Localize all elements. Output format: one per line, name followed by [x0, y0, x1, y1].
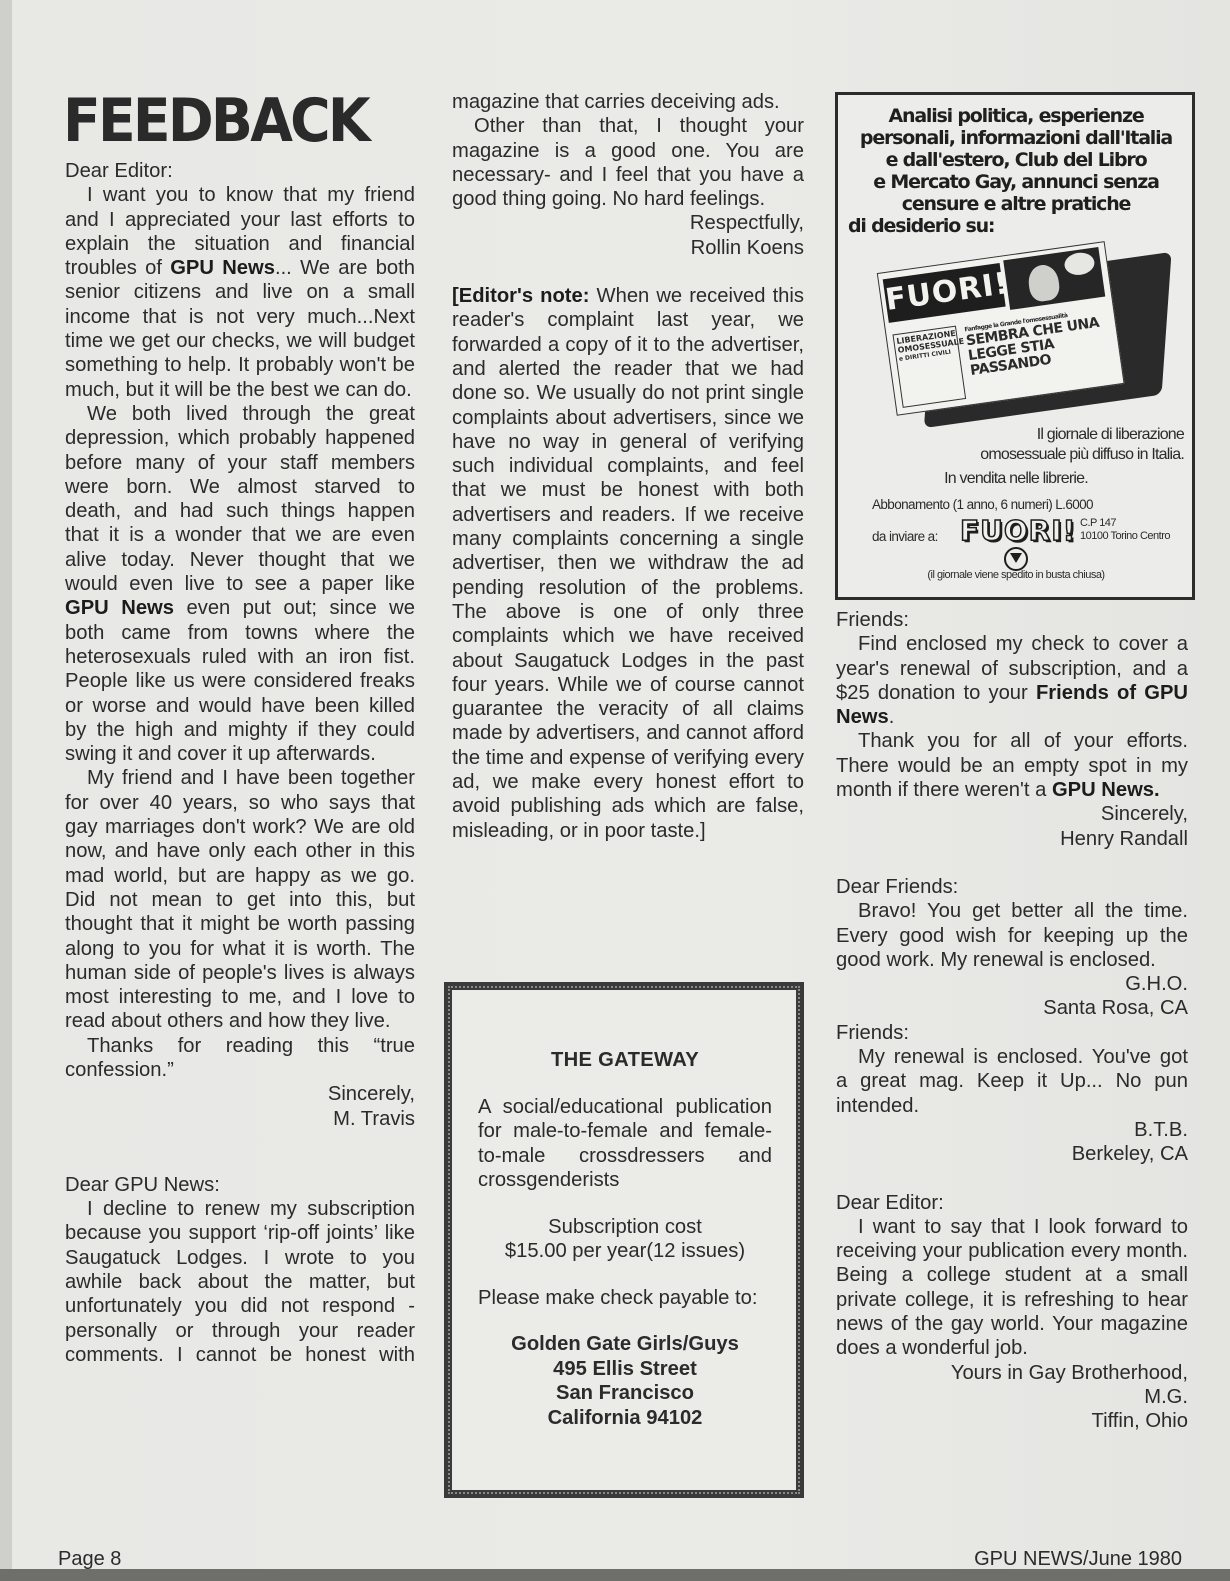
letter-salutation: Dear Editor:	[65, 159, 415, 183]
letter-salutation: Dear Editor:	[836, 1191, 1188, 1215]
fuori-send-to: da inviare a:	[872, 529, 938, 544]
letter-salutation: Dear Friends:	[836, 875, 1188, 899]
letter-paragraph: My friend and I have been together for o…	[65, 766, 415, 1033]
publication-date: GPU NEWS/June 1980	[974, 1548, 1182, 1571]
fuori-logo: FUORI!	[960, 515, 1076, 547]
newspaper-left-story: LIBERAZIONE OMOSESSUALE e DIRITTI CIVILI	[892, 326, 966, 408]
letter-randall: Friends: Find enclosed my check to cover…	[836, 608, 1188, 851]
letter-location: Tiffin, Ohio	[836, 1409, 1188, 1433]
magazine-page: FEEDBACK Dear Editor: I want you to know…	[0, 0, 1230, 1581]
letter-paragraph: Thanks for reading this “true confession…	[65, 1034, 415, 1083]
letter-mg: Dear Editor: I want to say that I look f…	[836, 1191, 1188, 1434]
letter-paragraph: I want to say that I look forward to rec…	[836, 1215, 1188, 1361]
letter-paragraph: Other than that, I thought your magazine…	[452, 114, 804, 211]
letter-closing: Respectfully,	[452, 211, 804, 235]
fuori-tagline: Il giornale di liberazione omosessuale p…	[848, 425, 1184, 465]
letter-salutation: Friends:	[836, 608, 1188, 632]
letter-salutation: Dear GPU News:	[65, 1173, 415, 1197]
column-left: FEEDBACK Dear Editor: I want you to know…	[65, 85, 415, 1367]
letter-paragraph: We both lived through the great depressi…	[65, 402, 415, 766]
letter-paragraph: Find enclosed my check to cover a year's…	[836, 632, 1188, 729]
letter-location: Berkeley, CA	[836, 1142, 1188, 1166]
fuori-headline: Analisi politica, esperienze personali, …	[848, 105, 1184, 237]
letter-signature: M.G.	[836, 1385, 1188, 1409]
newspaper-right-story: Fanfagge la Grande l'omosessualità SEMBR…	[964, 306, 1116, 379]
letter-location: Santa Rosa, CA	[836, 996, 1188, 1020]
letter-paragraph: My renewal is enclosed. You've got a gre…	[836, 1045, 1188, 1118]
column-middle: magazine that carries deceiving ads. Oth…	[452, 90, 804, 843]
fuori-ad-box: Analisi politica, esperienze personali, …	[835, 92, 1195, 600]
fuori-note: (il giornale viene spedito in busta chiu…	[848, 569, 1184, 581]
section-title: FEEDBACK	[63, 85, 387, 157]
letter-continued: magazine that carries deceiving ads.	[452, 90, 804, 114]
letter-paragraph: I want you to know that my friend and I …	[65, 183, 415, 402]
gateway-ad-box: THE GATEWAY A social/educational publica…	[444, 982, 804, 1498]
newspaper-masthead: FUORI!	[883, 263, 1006, 323]
letter-paragraph: I decline to renew my subscription becau…	[65, 1197, 415, 1367]
letter-signature: M. Travis	[65, 1107, 415, 1131]
letter-signature: Rollin Koens	[452, 236, 804, 260]
letter-koens: Dear GPU News: I decline to renew my sub…	[65, 1173, 415, 1367]
newspaper-illustration: FUORI! LIBERAZIONE OMOSESSUALE e DIRITTI…	[877, 238, 1145, 421]
gateway-address: Golden Gate Girls/Guys 495 Ellis Street …	[478, 1332, 772, 1430]
newspaper-photo	[1003, 247, 1105, 310]
letter-signature: B.T.B.	[836, 1118, 1188, 1142]
letter-btb: Friends: My renewal is enclosed. You've …	[836, 1021, 1188, 1167]
fuori-emblem-icon	[1004, 547, 1028, 571]
gateway-cost: Subscription cost $15.00 per year(12 iss…	[478, 1215, 772, 1264]
column-right: Friends: Find enclosed my check to cover…	[836, 608, 1188, 1434]
letter-signature: Henry Randall	[836, 827, 1188, 851]
page-number: Page 8	[58, 1548, 121, 1571]
letter-signature: G.H.O.	[836, 972, 1188, 996]
letter-travis: Dear Editor: I want you to know that my …	[65, 159, 415, 1131]
gateway-title: THE GATEWAY	[478, 1048, 772, 1073]
letter-closing: Yours in Gay Brotherhood,	[836, 1361, 1188, 1385]
letter-gho: Dear Friends: Bravo! You get better all …	[836, 875, 1188, 1021]
editors-note: [Editor's note: When we received this re…	[452, 284, 804, 843]
fuori-sale-info: In vendita nelle librerie.	[848, 469, 1184, 489]
gateway-payable: Please make check payable to:	[478, 1286, 772, 1311]
fuori-subscription: Abbonamento (1 anno, 6 numeri) L.6000	[872, 497, 1182, 513]
letter-salutation: Friends:	[836, 1021, 1188, 1045]
letter-paragraph: Thank you for all of your efforts. There…	[836, 729, 1188, 802]
fuori-address: C.P 147 10100 Torino Centro	[1080, 517, 1170, 543]
letter-paragraph: Bravo! You get better all the time. Ever…	[836, 899, 1188, 972]
gateway-description: A social/educational publication for mal…	[478, 1095, 772, 1193]
letter-closing: Sincerely,	[65, 1082, 415, 1106]
letter-closing: Sincerely,	[836, 802, 1188, 826]
page-binding-edge	[0, 0, 12, 1581]
